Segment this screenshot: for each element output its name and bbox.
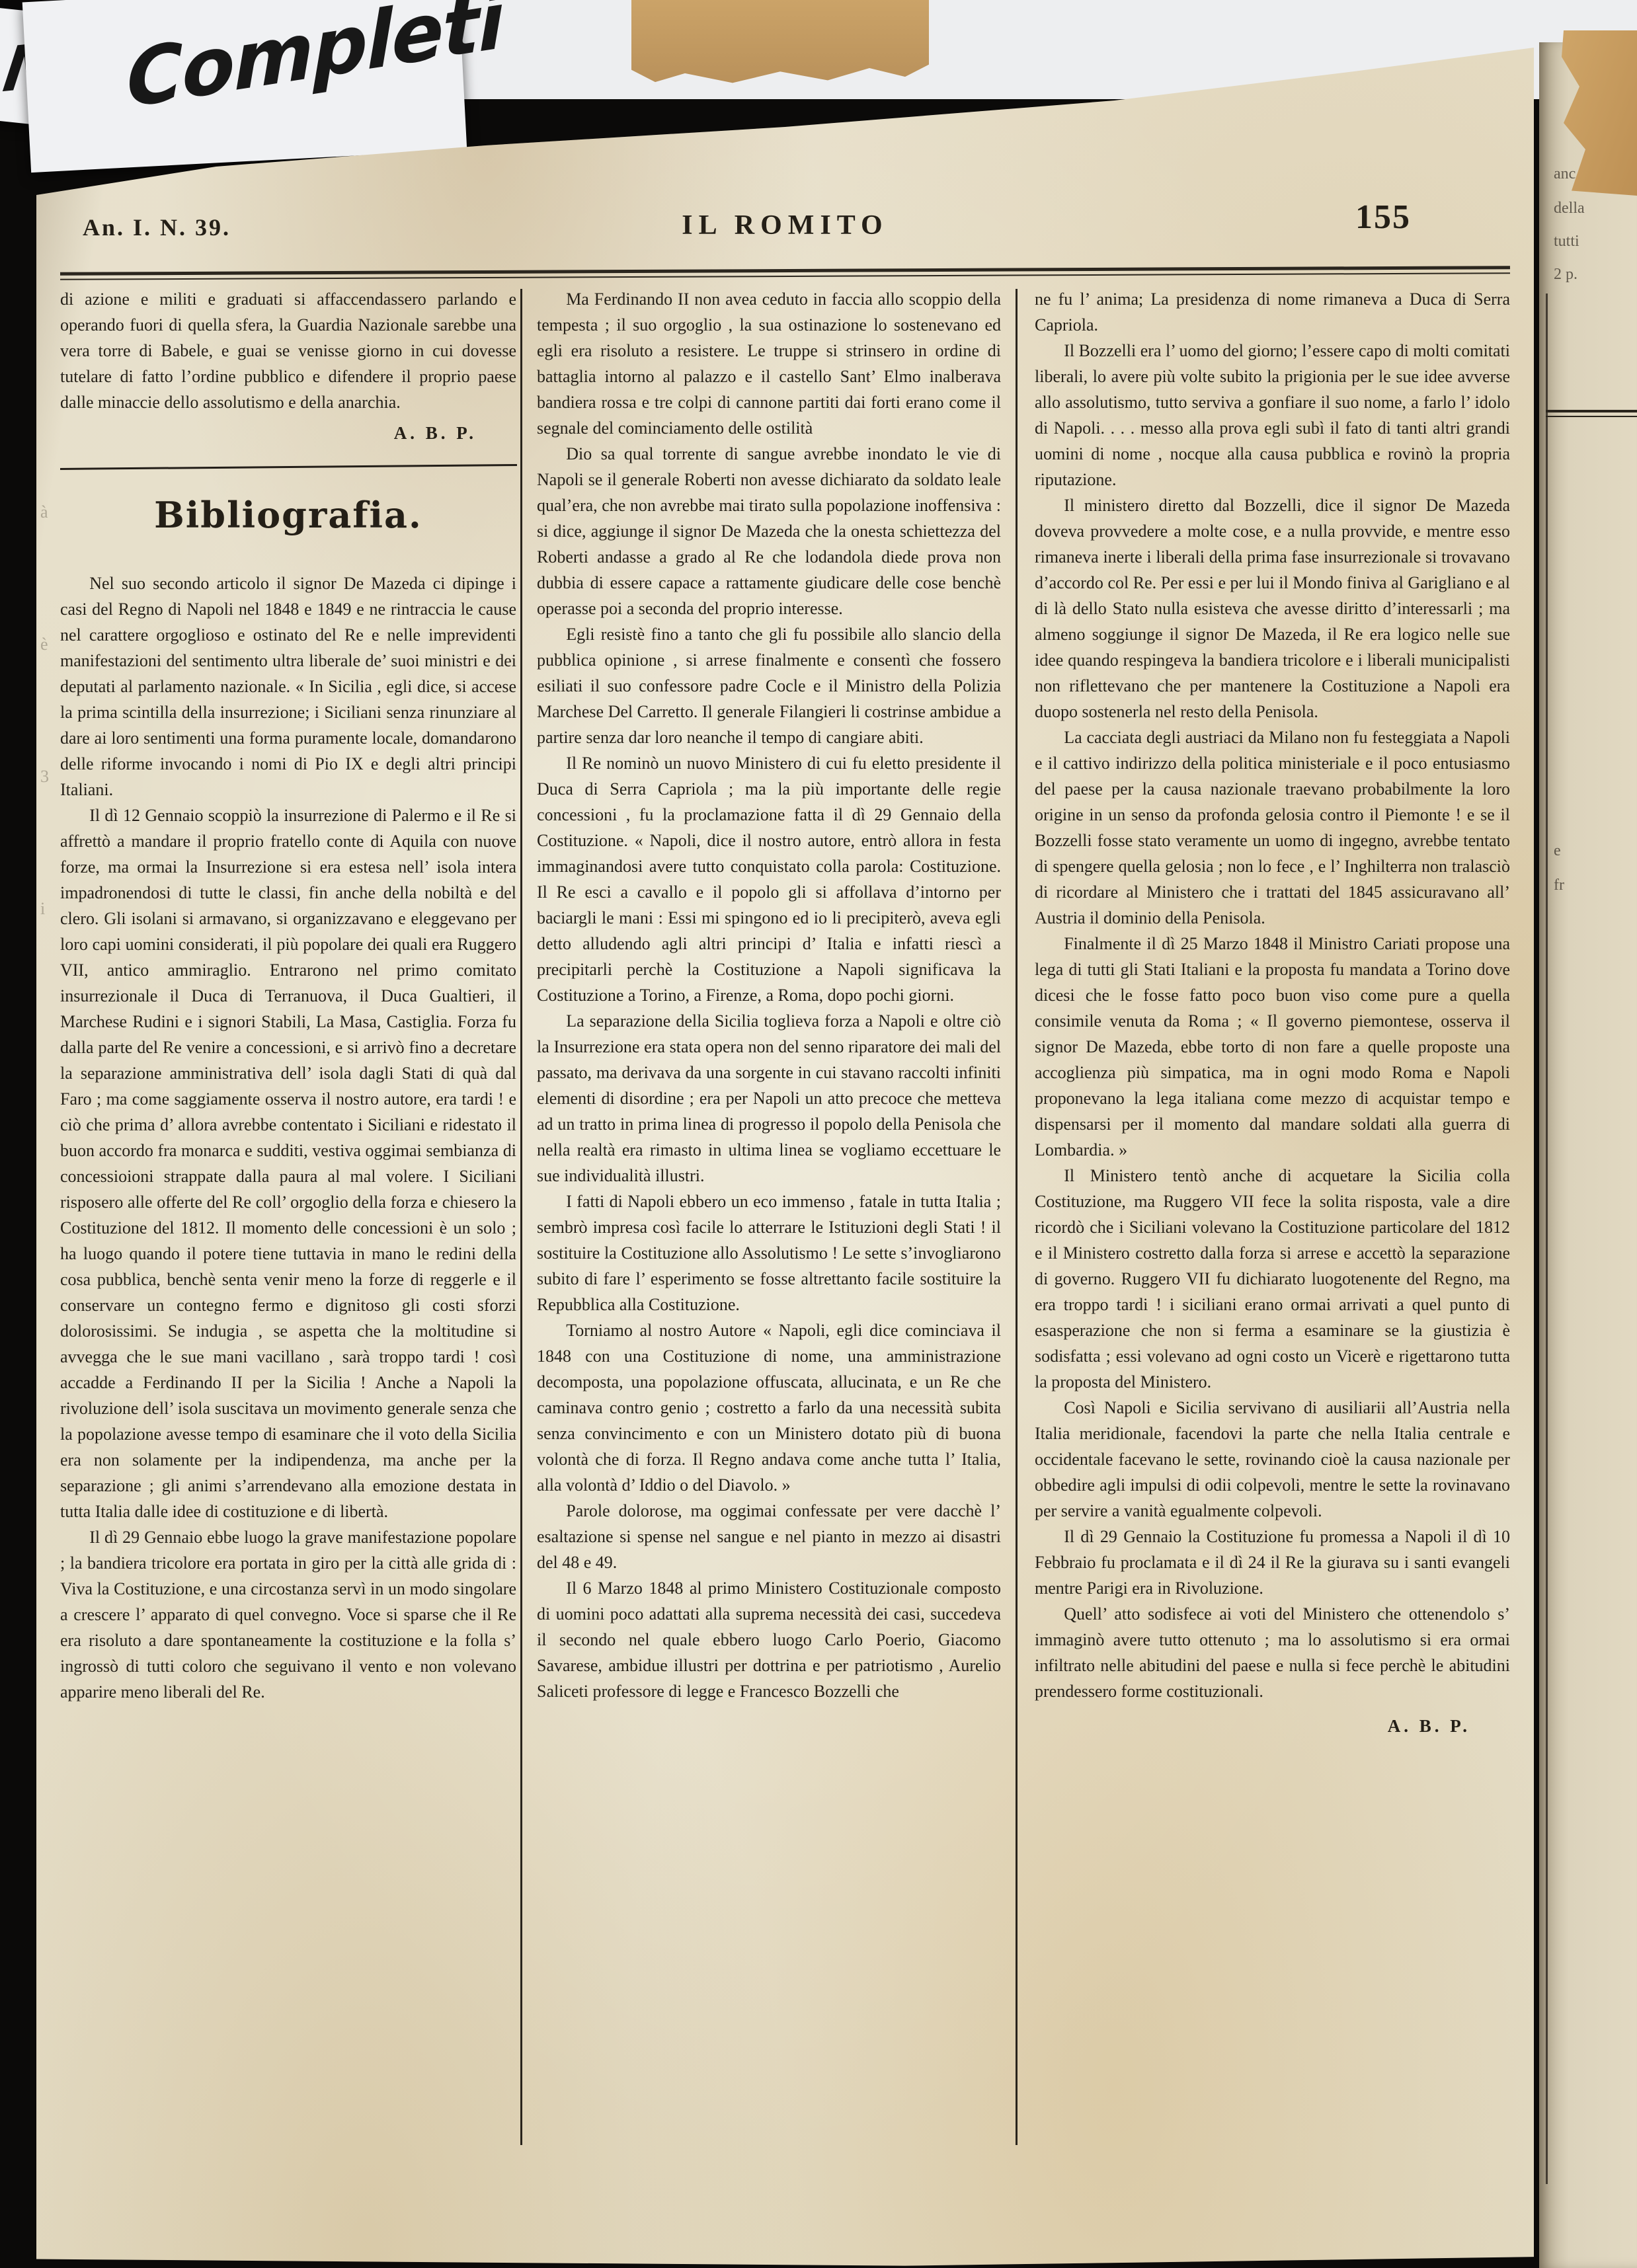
header-double-rule: [60, 266, 1510, 280]
adjacent-page-sliver: anc della tutti 2 p. e fr: [1539, 42, 1637, 2268]
bleedthrough-glyph: 3: [40, 767, 58, 787]
cutoff-text-fragment: fr: [1554, 877, 1564, 894]
bleedthrough-marks: à è 3 i: [40, 502, 58, 919]
paragraph: Torniamo al nostro Autore « Napoli, egli…: [537, 1317, 1001, 1498]
paragraph: Il Re nominò un nuovo Ministero di cui f…: [537, 750, 1001, 1008]
section-divider-rule: [60, 464, 517, 470]
handwritten-label: Completi: [126, 0, 504, 126]
paragraph: Il Ministero tentò anche di acquetare la…: [1035, 1163, 1510, 1395]
page-number: 155: [1355, 198, 1411, 237]
newspaper-page: à è 3 i An. I. N. 39. IL ROMITO 155 di a…: [36, 40, 1534, 2268]
adjacent-page-column-rule: [1546, 293, 1548, 2184]
paragraph: di azione e militi e graduati si affacce…: [60, 286, 516, 415]
author-signature: A. B. P.: [1035, 1713, 1510, 1739]
cutoff-text-fragment: tutti: [1554, 233, 1579, 251]
column-3: ne fu l’ anima; La presidenza di nome ri…: [1018, 286, 1510, 2145]
adjacent-page-header-rule: [1546, 410, 1637, 417]
paragraph: Finalmente il dì 25 Marzo 1848 il Minist…: [1035, 931, 1510, 1163]
text-columns: di azione e militi e graduati si affacce…: [60, 286, 1510, 2145]
bleedthrough-glyph: à: [40, 502, 58, 522]
paragraph: ne fu l’ anima; La presidenza di nome ri…: [1035, 286, 1510, 338]
paragraph: Ma Ferdinando II non avea ceduto in facc…: [537, 286, 1001, 441]
column-1: di azione e militi e graduati si affacce…: [60, 286, 520, 2145]
paragraph: Il Bozzelli era l’ uomo del giorno; l’es…: [1035, 338, 1510, 492]
paragraph: I fatti di Napoli ebbero un eco immenso …: [537, 1189, 1001, 1317]
paragraph: Quell’ atto sodisfece ai voti del Minist…: [1035, 1601, 1510, 1704]
paragraph: Il ministero diretto dal Bozzelli, dice …: [1035, 492, 1510, 724]
section-heading-bibliografia: Bibliografia.: [60, 502, 516, 528]
author-signature: A. B. P.: [60, 420, 516, 446]
cutoff-text-fragment: anc: [1554, 165, 1576, 183]
paragraph: Il dì 29 Gennaio la Costituzione fu prom…: [1035, 1524, 1510, 1601]
paragraph: La cacciata degli austriaci da Milano no…: [1035, 724, 1510, 931]
column-2: Ma Ferdinando II non avea ceduto in facc…: [522, 286, 1016, 2145]
paper-slip-handwritten: Completi: [22, 0, 467, 173]
page-header: An. I. N. 39. IL ROMITO 155: [60, 208, 1510, 254]
paragraph: Il 6 Marzo 1848 al primo Ministero Costi…: [537, 1575, 1001, 1704]
paragraph: Il dì 12 Gennaio scoppiò la insurrezione…: [60, 802, 516, 1524]
paragraph: Dio sa qual torrente di sangue avrebbe i…: [537, 441, 1001, 621]
cutoff-text-fragment: della: [1554, 200, 1585, 217]
paragraph: La separazione della Sicilia toglieva fo…: [537, 1008, 1001, 1189]
masthead-title: IL ROMITO: [60, 210, 1510, 241]
cutoff-text-fragment: 2 p.: [1554, 266, 1577, 284]
cutoff-text-fragment: e: [1554, 842, 1561, 860]
paragraph: Il dì 29 Gennaio ebbe luogo la grave man…: [60, 1524, 516, 1705]
paragraph: Così Napoli e Sicilia servivano di ausil…: [1035, 1395, 1510, 1524]
bleedthrough-glyph: i: [40, 899, 58, 919]
paragraph: Egli resistè fino a tanto che gli fu pos…: [537, 621, 1001, 750]
paragraph: Parole dolorose, ma oggimai confessate p…: [537, 1498, 1001, 1575]
paragraph: Nel suo secondo articolo il signor De Ma…: [60, 570, 516, 802]
bleedthrough-glyph: è: [40, 635, 58, 654]
